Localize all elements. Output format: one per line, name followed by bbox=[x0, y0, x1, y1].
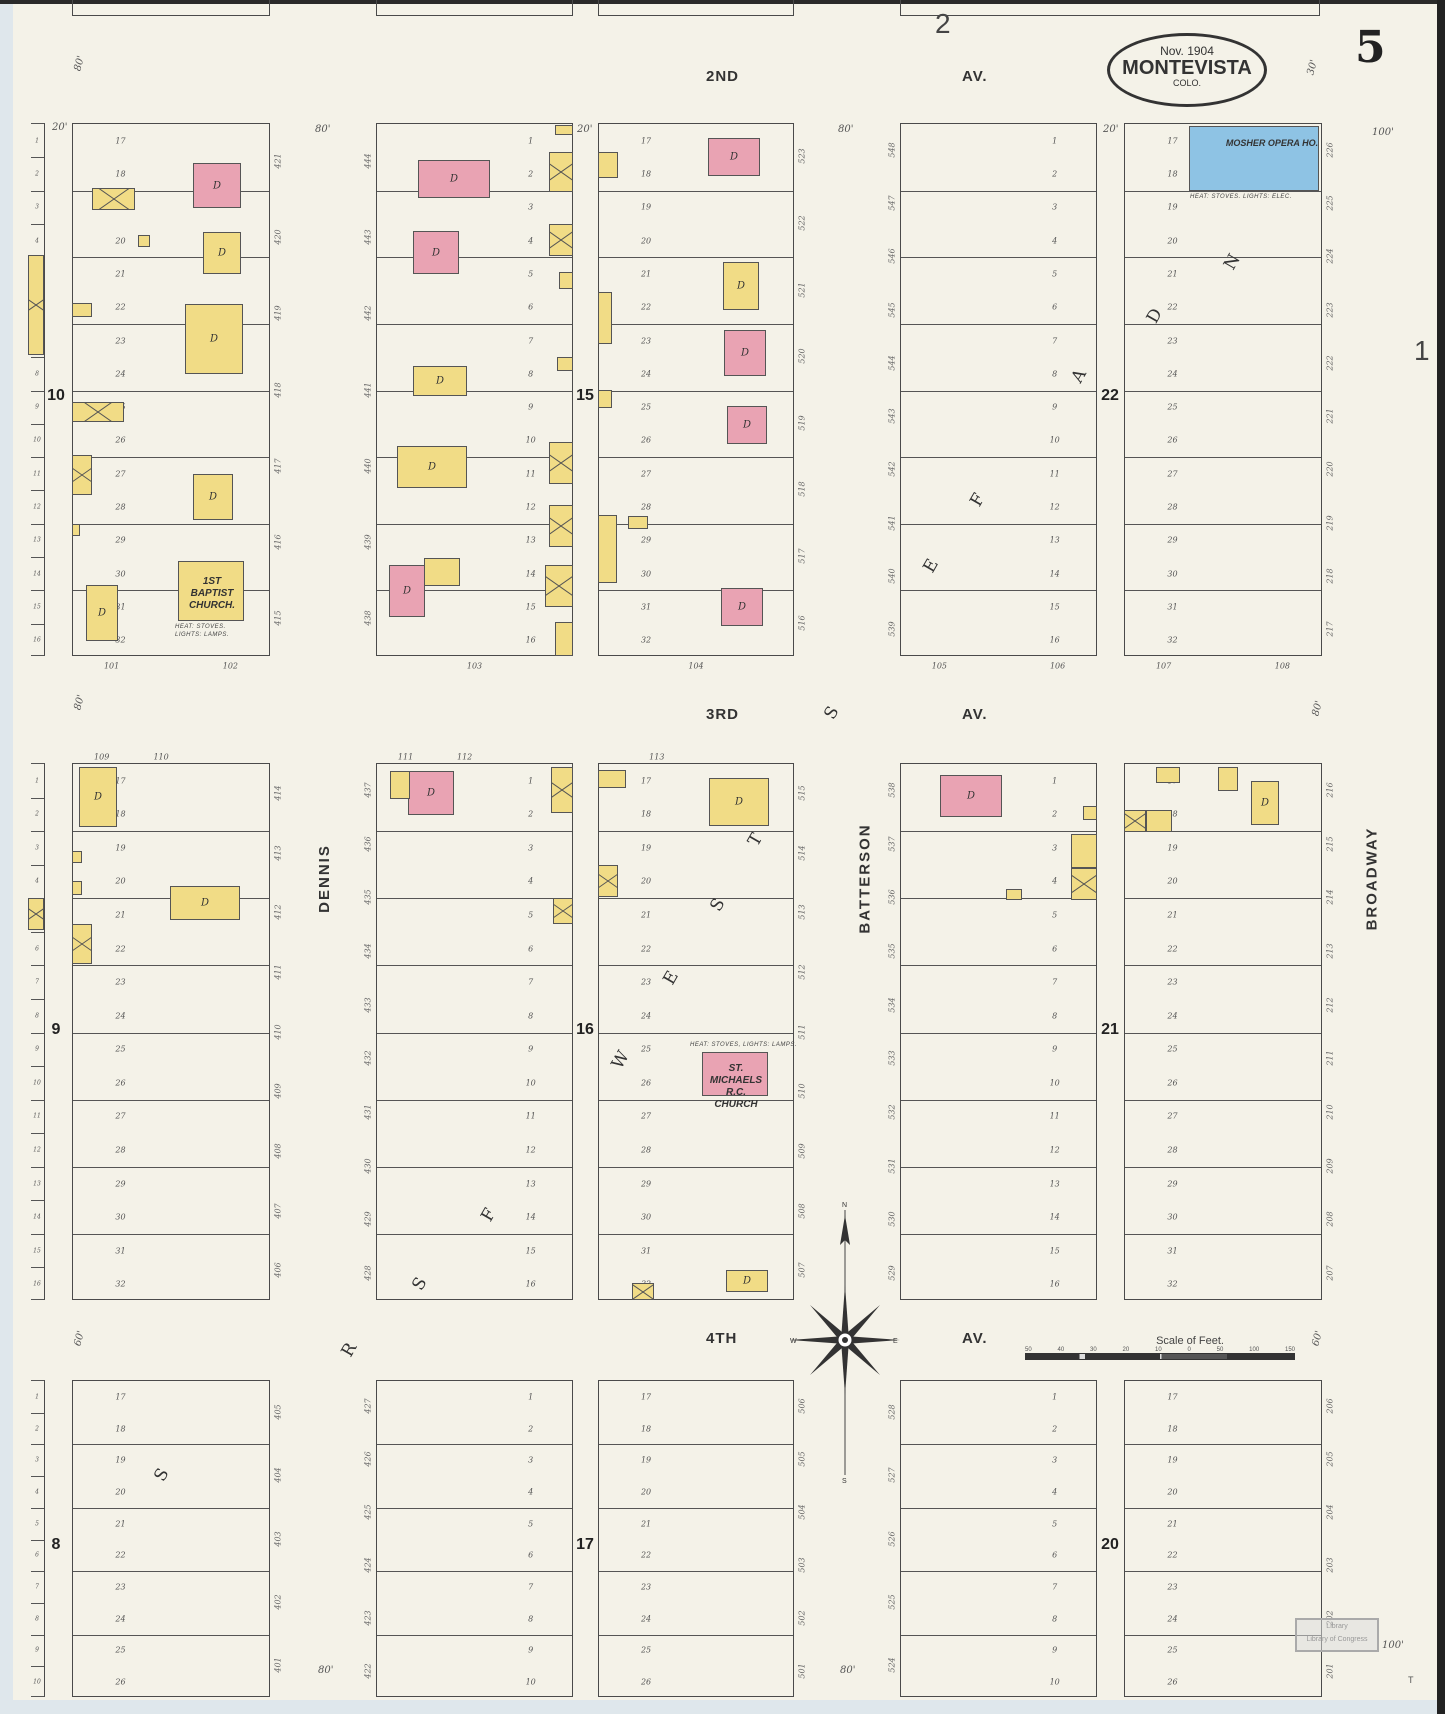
lot-number: 27 bbox=[115, 469, 125, 478]
address-number: 209 bbox=[1326, 1158, 1335, 1173]
lot-number: 8 bbox=[528, 1011, 533, 1020]
lot-number: 3 bbox=[35, 844, 39, 851]
block-17a: 12345678910 bbox=[376, 1380, 573, 1697]
block-17: 17181920212223242526 bbox=[598, 1380, 794, 1697]
scale-title: Scale of Feet. bbox=[1085, 1335, 1295, 1347]
lot-number: 10 bbox=[33, 1679, 41, 1686]
lot-number: 23 bbox=[641, 1583, 651, 1592]
address-number: 402 bbox=[274, 1594, 283, 1609]
building-number-label: 104 bbox=[688, 662, 703, 671]
frame-outbuilding bbox=[555, 125, 573, 135]
svg-text:N: N bbox=[842, 1202, 847, 1209]
lot-number: 8 bbox=[528, 1614, 533, 1623]
address-number: 517 bbox=[798, 548, 807, 563]
lot-number: 26 bbox=[1167, 436, 1177, 445]
lot-line bbox=[599, 391, 793, 392]
lot-line bbox=[1125, 1571, 1321, 1572]
lot-number: 31 bbox=[1167, 1246, 1177, 1255]
address-number: 535 bbox=[888, 943, 897, 958]
lot-line bbox=[599, 965, 793, 966]
frame-shed bbox=[72, 924, 92, 964]
lot-number: 22 bbox=[115, 944, 125, 953]
lot-number: 30 bbox=[1167, 569, 1177, 578]
lot-line bbox=[901, 191, 1096, 192]
brick-dwelling: D bbox=[940, 775, 1002, 817]
lot-number: 13 bbox=[526, 1179, 536, 1188]
lot-number: 22 bbox=[115, 1551, 125, 1560]
lot-number: 17 bbox=[115, 1392, 125, 1401]
address-number: 420 bbox=[274, 230, 283, 245]
lot-number: 18 bbox=[641, 1424, 651, 1433]
church-lights-note: LIGHTS: LAMPS. bbox=[175, 632, 229, 638]
lot-number: 26 bbox=[1167, 1678, 1177, 1687]
lot-line bbox=[73, 1444, 269, 1445]
lot-line bbox=[599, 898, 793, 899]
lot-line bbox=[377, 831, 572, 832]
frame-shed bbox=[1124, 810, 1146, 832]
lot-number: 31 bbox=[641, 603, 651, 612]
street-3rd-av-suffix: AV. bbox=[962, 706, 988, 723]
lot-number: 26 bbox=[115, 1678, 125, 1687]
lot-line bbox=[901, 1033, 1096, 1034]
lot-line bbox=[901, 1571, 1096, 1572]
building-number-label: 105 bbox=[932, 662, 947, 671]
partial-block-top bbox=[72, 0, 270, 16]
address-number: 525 bbox=[888, 1594, 897, 1609]
frame-dwelling: D bbox=[203, 232, 241, 274]
block-number: 8 bbox=[52, 1536, 61, 1554]
lot-line bbox=[599, 191, 793, 192]
frame-dwelling: D bbox=[170, 886, 240, 920]
address-number: 544 bbox=[888, 355, 897, 370]
lot-number: 31 bbox=[115, 1246, 125, 1255]
frame-shed bbox=[598, 865, 618, 897]
address-number: 222 bbox=[1326, 355, 1335, 370]
lot-number: 10 bbox=[1050, 1078, 1060, 1087]
lot-number: 21 bbox=[115, 911, 125, 920]
lot-number: 23 bbox=[115, 978, 125, 987]
lot-number: 7 bbox=[528, 336, 533, 345]
frame-outbuilding bbox=[598, 770, 626, 788]
block-21: 17181920212223242526272829303132 bbox=[1124, 763, 1322, 1300]
lot-number: 10 bbox=[526, 1078, 536, 1087]
address-number: 419 bbox=[274, 306, 283, 321]
lot-number: 24 bbox=[115, 1614, 125, 1623]
address-number: 204 bbox=[1326, 1504, 1335, 1519]
lot-line bbox=[1125, 590, 1321, 591]
lot-number: 24 bbox=[641, 1011, 651, 1020]
address-number: 509 bbox=[798, 1143, 807, 1158]
address-number: 436 bbox=[364, 836, 373, 851]
building-number-label: 109 bbox=[94, 753, 109, 762]
lot-number: 21 bbox=[115, 269, 125, 278]
lot-number: 25 bbox=[1167, 403, 1177, 412]
address-number: 428 bbox=[364, 1266, 373, 1281]
lot-number: 17 bbox=[641, 776, 651, 785]
lot-line bbox=[901, 1234, 1096, 1235]
lot-number: 8 bbox=[35, 1012, 39, 1019]
address-number: 413 bbox=[274, 845, 283, 860]
address-number: 519 bbox=[798, 415, 807, 430]
lot-number: 20 bbox=[641, 1487, 651, 1496]
lot-line bbox=[599, 324, 793, 325]
church-heat-note: HEAT: STOVES. bbox=[175, 624, 226, 630]
frame-outbuilding bbox=[424, 558, 460, 586]
street-4th-av-num: 4TH bbox=[706, 1330, 737, 1347]
address-number: 414 bbox=[274, 785, 283, 800]
lot-number: 21 bbox=[1167, 269, 1177, 278]
lot-line bbox=[73, 965, 269, 966]
address-number: 502 bbox=[798, 1610, 807, 1625]
frame-outbuilding bbox=[1156, 767, 1180, 783]
lot-number: 1 bbox=[1052, 136, 1057, 145]
address-number: 213 bbox=[1326, 943, 1335, 958]
lot-number: 29 bbox=[641, 536, 651, 545]
lot-number: 21 bbox=[1167, 911, 1177, 920]
lot-number: 11 bbox=[33, 470, 41, 477]
street-width-label: 80' bbox=[838, 124, 853, 135]
lot-line bbox=[377, 1508, 572, 1509]
lot-number: 5 bbox=[528, 1519, 533, 1528]
frame-outbuilding bbox=[1218, 767, 1238, 791]
address-number: 410 bbox=[274, 1024, 283, 1039]
address-number: 536 bbox=[888, 890, 897, 905]
lot-line bbox=[73, 1635, 269, 1636]
address-number: 406 bbox=[274, 1263, 283, 1278]
block-number: 20 bbox=[1101, 1536, 1119, 1554]
lot-number: 24 bbox=[641, 1614, 651, 1623]
street-broadway: BROADWAY bbox=[1363, 827, 1380, 931]
lot-line bbox=[901, 457, 1096, 458]
lot-number: 2 bbox=[1052, 169, 1057, 178]
lot-line bbox=[73, 1167, 269, 1168]
address-number: 510 bbox=[798, 1084, 807, 1099]
lot-number: 11 bbox=[33, 1113, 41, 1120]
lot-line bbox=[1125, 457, 1321, 458]
lot-number: 28 bbox=[115, 503, 125, 512]
lot-line bbox=[1125, 1635, 1321, 1636]
address-number: 512 bbox=[798, 964, 807, 979]
frame-shed bbox=[549, 224, 573, 256]
lot-number: 2 bbox=[35, 811, 39, 818]
lot-number: 25 bbox=[641, 1646, 651, 1655]
address-number: 403 bbox=[274, 1531, 283, 1546]
brick-dwelling: D bbox=[193, 163, 241, 208]
address-number: 223 bbox=[1326, 302, 1335, 317]
frame-outbuilding bbox=[598, 515, 617, 583]
lot-number: 22 bbox=[1167, 303, 1177, 312]
lot-number: 10 bbox=[33, 437, 41, 444]
lot-number: 2 bbox=[1052, 810, 1057, 819]
frame-dwelling: D bbox=[86, 585, 118, 641]
frame-shed bbox=[545, 565, 573, 607]
address-number: 205 bbox=[1326, 1452, 1335, 1467]
svg-text:E: E bbox=[893, 1338, 898, 1345]
brick-dwelling: D bbox=[708, 138, 760, 176]
lot-line bbox=[1125, 965, 1321, 966]
lot-number: 8 bbox=[35, 370, 39, 377]
street-width-label: 100' bbox=[1382, 1640, 1404, 1651]
lot-number: 26 bbox=[641, 1078, 651, 1087]
lot-number: 6 bbox=[1052, 303, 1057, 312]
frame-dwelling: D bbox=[185, 304, 243, 374]
lot-number: 26 bbox=[641, 436, 651, 445]
lot-number: 19 bbox=[115, 843, 125, 852]
lot-number: 21 bbox=[1167, 1519, 1177, 1528]
lot-number: 25 bbox=[1167, 1646, 1177, 1655]
compass-rose-icon: N S W E bbox=[790, 1195, 900, 1485]
address-number: 212 bbox=[1326, 997, 1335, 1012]
lot-number: 9 bbox=[528, 1646, 533, 1655]
lot-number: 23 bbox=[641, 978, 651, 987]
lot-number: 10 bbox=[526, 1678, 536, 1687]
address-number: 203 bbox=[1326, 1557, 1335, 1572]
block-number: 21 bbox=[1101, 1021, 1119, 1039]
frame-shed bbox=[28, 898, 44, 930]
lot-number: 13 bbox=[526, 536, 536, 545]
address-number: 514 bbox=[798, 845, 807, 860]
lot-number: 26 bbox=[1167, 1078, 1177, 1087]
address-number: 424 bbox=[364, 1557, 373, 1572]
frame-dwelling: D bbox=[397, 446, 467, 488]
lot-number: 30 bbox=[641, 1213, 651, 1222]
lot-line bbox=[377, 1033, 572, 1034]
address-number: 437 bbox=[364, 782, 373, 797]
lot-number: 8 bbox=[1052, 369, 1057, 378]
lot-number: 9 bbox=[528, 403, 533, 412]
street-2nd-av-num: 2ND bbox=[706, 68, 739, 85]
lot-number: 29 bbox=[1167, 1179, 1177, 1188]
address-number: 210 bbox=[1326, 1104, 1335, 1119]
address-number: 409 bbox=[274, 1084, 283, 1099]
lot-line bbox=[1125, 1167, 1321, 1168]
lot-line bbox=[73, 1508, 269, 1509]
lot-number: 27 bbox=[1167, 469, 1177, 478]
lot-number: 18 bbox=[115, 169, 125, 178]
lot-number: 2 bbox=[1052, 1424, 1057, 1433]
lot-line bbox=[377, 1234, 572, 1235]
lot-number: 26 bbox=[641, 1678, 651, 1687]
frame-outbuilding bbox=[559, 272, 573, 289]
lot-number: 26 bbox=[115, 1078, 125, 1087]
building-number-label: 113 bbox=[649, 753, 664, 762]
adjacent-sheet-right: 1 bbox=[1414, 335, 1430, 367]
address-number: 542 bbox=[888, 462, 897, 477]
lot-number: 15 bbox=[526, 1246, 536, 1255]
st-michaels-church: ST. MICHAELSR.C. CHURCH bbox=[702, 1052, 768, 1096]
address-number: 522 bbox=[798, 215, 807, 230]
address-number: 224 bbox=[1326, 249, 1335, 264]
lot-line bbox=[1125, 1508, 1321, 1509]
brick-dwelling: D bbox=[408, 771, 454, 815]
lot-number: 12 bbox=[33, 504, 41, 511]
lot-number: 20 bbox=[115, 877, 125, 886]
lot-number: 4 bbox=[1052, 236, 1057, 245]
lot-number: 20 bbox=[115, 1487, 125, 1496]
lot-line bbox=[377, 257, 572, 258]
address-number: 221 bbox=[1326, 409, 1335, 424]
brick-dwelling: D bbox=[724, 330, 766, 376]
brick-dwelling: D bbox=[389, 565, 425, 617]
lot-number: 7 bbox=[1052, 978, 1057, 987]
lot-number: 20 bbox=[1167, 236, 1177, 245]
lot-number: 14 bbox=[1050, 1213, 1060, 1222]
address-number: 511 bbox=[798, 1024, 807, 1039]
lot-line bbox=[1125, 898, 1321, 899]
lot-line bbox=[73, 1234, 269, 1235]
lot-number: 31 bbox=[1167, 603, 1177, 612]
lot-number: 22 bbox=[1167, 944, 1177, 953]
address-number: 440 bbox=[364, 458, 373, 473]
lot-line bbox=[901, 1635, 1096, 1636]
lot-line bbox=[901, 898, 1096, 899]
frame-shed bbox=[1071, 868, 1097, 900]
lot-number: 22 bbox=[115, 303, 125, 312]
address-number: 430 bbox=[364, 1158, 373, 1173]
left-strip-row2: 12345678910111213141516 bbox=[31, 763, 45, 1300]
lot-number: 16 bbox=[1050, 1280, 1060, 1289]
lot-line bbox=[599, 1508, 793, 1509]
lot-number: 12 bbox=[1050, 1145, 1060, 1154]
lot-number: 7 bbox=[528, 978, 533, 987]
building-number-label: 106 bbox=[1050, 662, 1065, 671]
address-number: 432 bbox=[364, 1051, 373, 1066]
lot-number: 30 bbox=[641, 569, 651, 578]
lot-number: 7 bbox=[35, 1584, 39, 1591]
lot-line bbox=[73, 1100, 269, 1101]
address-number: 416 bbox=[274, 534, 283, 549]
lot-number: 8 bbox=[1052, 1011, 1057, 1020]
frame-dwelling: D bbox=[723, 262, 759, 310]
lot-number: 25 bbox=[115, 1045, 125, 1054]
address-number: 518 bbox=[798, 482, 807, 497]
block-22: 17181920212223242526272829303132 bbox=[1124, 123, 1322, 656]
lot-line bbox=[377, 391, 572, 392]
lot-number: 1 bbox=[1052, 1392, 1057, 1401]
lot-number: 30 bbox=[115, 569, 125, 578]
lot-line bbox=[1125, 1100, 1321, 1101]
address-number: 531 bbox=[888, 1158, 897, 1173]
lot-number: 19 bbox=[641, 203, 651, 212]
lot-number: 1 bbox=[528, 776, 533, 785]
lot-number: 13 bbox=[33, 1180, 41, 1187]
block-20: 17181920212223242526 bbox=[1124, 1380, 1322, 1697]
lot-number: 3 bbox=[35, 204, 39, 211]
lot-number: 23 bbox=[1167, 978, 1177, 987]
lot-number: 2 bbox=[35, 1425, 39, 1432]
svg-text:S: S bbox=[842, 1478, 847, 1485]
address-number: 539 bbox=[888, 622, 897, 637]
sheet-number: 5 bbox=[1355, 22, 1386, 73]
address-number: 540 bbox=[888, 568, 897, 583]
lot-number: 17 bbox=[1167, 1392, 1177, 1401]
lot-number: 6 bbox=[35, 945, 39, 952]
lot-line bbox=[377, 965, 572, 966]
frame-shed bbox=[549, 152, 573, 192]
address-number: 516 bbox=[798, 615, 807, 630]
partial-block-top bbox=[598, 0, 794, 16]
street-width-label: 100' bbox=[1372, 127, 1394, 138]
lot-line bbox=[901, 1444, 1096, 1445]
lot-number: 20 bbox=[641, 877, 651, 886]
block-21a: 12345678910111213141516 bbox=[900, 763, 1097, 1300]
lot-line bbox=[901, 391, 1096, 392]
address-number: 412 bbox=[274, 905, 283, 920]
lot-number: 25 bbox=[641, 1045, 651, 1054]
lot-number: 9 bbox=[35, 1046, 39, 1053]
lot-line bbox=[1125, 524, 1321, 525]
address-number: 546 bbox=[888, 249, 897, 264]
lot-number: 29 bbox=[115, 536, 125, 545]
block-22a: 12345678910111213141516 bbox=[900, 123, 1097, 656]
address-number: 431 bbox=[364, 1104, 373, 1119]
address-number: 427 bbox=[364, 1399, 373, 1414]
lot-number: 23 bbox=[1167, 1583, 1177, 1592]
lot-line bbox=[599, 1234, 793, 1235]
building-number-label: 110 bbox=[153, 753, 168, 762]
opera-house-note: HEAT: STOVES. LIGHTS: ELEC. bbox=[1190, 194, 1292, 200]
lot-number: 4 bbox=[528, 877, 533, 886]
lot-number: 4 bbox=[1052, 1487, 1057, 1496]
street-width-label: 80' bbox=[318, 1665, 333, 1676]
address-number: 438 bbox=[364, 610, 373, 625]
lot-line bbox=[73, 524, 269, 525]
baptist-church: 1ST BAPTISTCHURCH. bbox=[178, 561, 244, 621]
lot-number: 14 bbox=[526, 1213, 536, 1222]
state-name: COLO. bbox=[1110, 78, 1264, 88]
street-dennis: DENNIS bbox=[316, 844, 333, 913]
lot-line bbox=[1125, 391, 1321, 392]
address-number: 547 bbox=[888, 195, 897, 210]
address-number: 441 bbox=[364, 382, 373, 397]
address-number: 515 bbox=[798, 785, 807, 800]
lot-number: 20 bbox=[1167, 1487, 1177, 1496]
lot-number: 28 bbox=[1167, 503, 1177, 512]
lot-number: 29 bbox=[115, 1179, 125, 1188]
corner-mark: T bbox=[1408, 1675, 1414, 1685]
lot-number: 25 bbox=[1167, 1045, 1177, 1054]
brick-dwelling: D bbox=[418, 160, 490, 198]
lot-number: 28 bbox=[1167, 1145, 1177, 1154]
frame-outbuilding bbox=[1006, 889, 1022, 900]
lot-number: 32 bbox=[1167, 636, 1177, 645]
address-number: 211 bbox=[1326, 1051, 1335, 1066]
address-number: 501 bbox=[798, 1663, 807, 1678]
partial-block-top bbox=[376, 0, 573, 16]
block-number: 17 bbox=[576, 1536, 594, 1554]
lot-line bbox=[377, 324, 572, 325]
lot-number: 7 bbox=[35, 979, 39, 986]
lot-line bbox=[377, 898, 572, 899]
block-15: 17181920212223242526272829303132 bbox=[598, 123, 794, 656]
street-3rd-av-num: 3RD bbox=[706, 706, 739, 723]
address-number: 435 bbox=[364, 890, 373, 905]
lot-number: 13 bbox=[1050, 536, 1060, 545]
alley-width-label: 20' bbox=[52, 122, 67, 133]
lot-number: 5 bbox=[1052, 269, 1057, 278]
address-number: 220 bbox=[1326, 462, 1335, 477]
lot-number: 6 bbox=[1052, 944, 1057, 953]
mosher-opera-house: MOSHER OPERA HO. bbox=[1189, 126, 1319, 191]
lot-number: 28 bbox=[115, 1145, 125, 1154]
address-number: 423 bbox=[364, 1610, 373, 1625]
lot-line bbox=[901, 1167, 1096, 1168]
lot-number: 17 bbox=[1167, 136, 1177, 145]
lot-number: 23 bbox=[1167, 336, 1177, 345]
brick-dwelling: D bbox=[413, 231, 459, 274]
lot-number: 6 bbox=[528, 1551, 533, 1560]
frame-outbuilding bbox=[72, 303, 92, 317]
